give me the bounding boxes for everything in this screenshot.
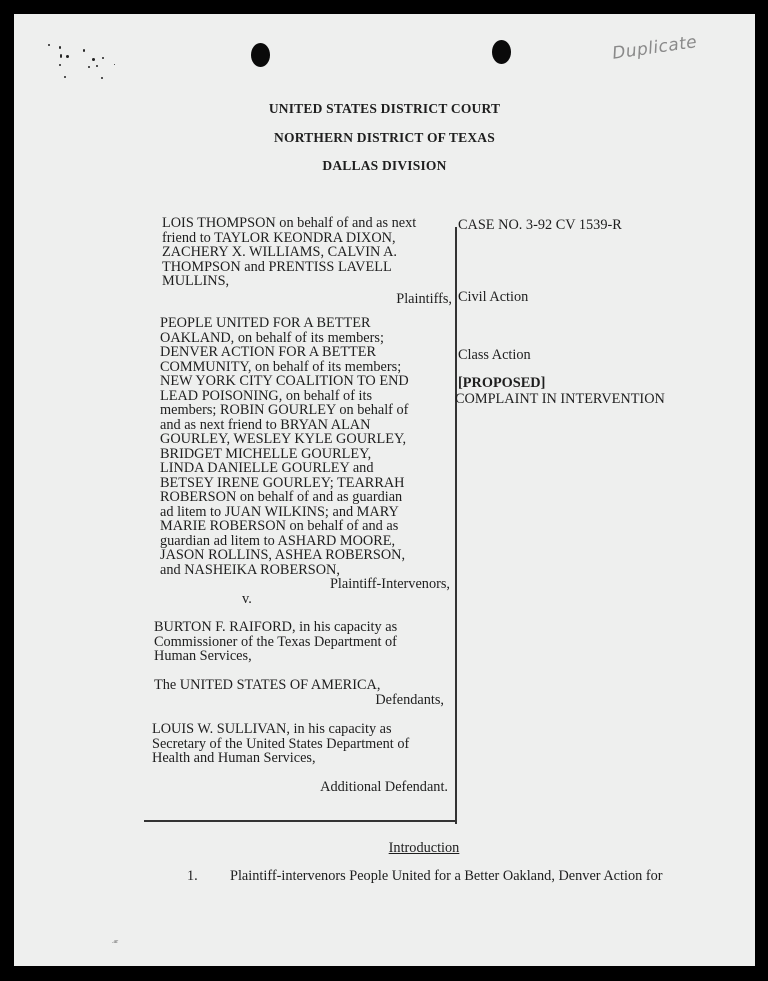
action-type: Civil Action	[458, 290, 528, 305]
intervenors-line: LINDA DANIELLE GOURLEY and	[160, 461, 450, 476]
intervenors-line: and NASHEIKA ROBERSON,	[160, 563, 450, 578]
punch-hole-left	[251, 43, 270, 67]
section-heading: Introduction	[14, 840, 768, 857]
court-district: NORTHERN DISTRICT OF TEXAS	[14, 130, 755, 146]
plaintiffs-line: friend to TAYLOR KEONDRA DIXON,	[162, 231, 452, 246]
defendant-usa-block: The UNITED STATES OF AMERICA, Defendants…	[154, 678, 444, 707]
defendant-line: Health and Human Services,	[152, 751, 448, 766]
intervenors-line: ROBERSON on behalf of and as guardian	[160, 490, 450, 505]
case-number: CASE NO. 3-92 CV 1539-R	[458, 218, 622, 233]
scan-artifact: .ar	[112, 939, 118, 945]
additional-defendant-role: Additional Defendant.	[152, 780, 448, 795]
defendant-line: BURTON F. RAIFORD, in his capacity as	[154, 620, 444, 635]
defendant-sullivan-block: LOUIS W. SULLIVAN, in his capacity as Se…	[152, 722, 448, 794]
document-page: Duplicate UNITED STATES DISTRICT COURT N…	[14, 14, 755, 966]
caption-divider-vertical	[455, 227, 457, 824]
defendants-role: Defendants,	[154, 693, 444, 708]
versus-label: v.	[160, 592, 450, 607]
intervenors-line: NEW YORK CITY COALITION TO END	[160, 374, 450, 389]
scan-specks	[44, 36, 124, 86]
intervenors-line: JASON ROLLINS, ASHEA ROBERSON,	[160, 548, 450, 563]
intervenors-line: MARIE ROBERSON on behalf of and as	[160, 519, 450, 534]
punch-hole-right	[492, 40, 511, 64]
intervenors-line: OAKLAND, on behalf of its members;	[160, 331, 450, 346]
plaintiffs-line: ZACHERY X. WILLIAMS, CALVIN A.	[162, 245, 452, 260]
intervenors-line: LEAD POISONING, on behalf of its	[160, 389, 450, 404]
intervenors-line: BETSEY IRENE GOURLEY; TEARRAH	[160, 476, 450, 491]
intervenors-line: guardian ad litem to ASHARD MOORE,	[160, 534, 450, 549]
intervenors-line: GOURLEY, WESLEY KYLE GOURLEY,	[160, 432, 450, 447]
document-status: [PROPOSED]	[458, 376, 545, 391]
defendant-line: Commissioner of the Texas Department of	[154, 635, 444, 650]
court-division: DALLAS DIVISION	[14, 158, 755, 174]
defendant-line: Secretary of the United States Departmen…	[152, 737, 448, 752]
defendant-line: Human Services,	[154, 649, 444, 664]
intervenors-line: COMMUNITY, on behalf of its members;	[160, 360, 450, 375]
caption-divider-horizontal	[144, 820, 456, 822]
plaintiffs-line: LOIS THOMPSON on behalf of and as next	[162, 216, 452, 231]
intervenors-block: PEOPLE UNITED FOR A BETTER OAKLAND, on b…	[160, 316, 450, 606]
court-name: UNITED STATES DISTRICT COURT	[14, 101, 755, 117]
intervenors-line: ad litem to JUAN WILKINS; and MARY	[160, 505, 450, 520]
intervenors-role: Plaintiff-Intervenors,	[160, 577, 450, 592]
intervenors-line: BRIDGET MICHELLE GOURLEY,	[160, 447, 450, 462]
plaintiffs-role: Plaintiffs,	[162, 292, 452, 307]
handwritten-note: Duplicate	[611, 32, 698, 64]
class-action-label: Class Action	[458, 348, 531, 363]
paragraph-text: Plaintiff-intervenors People United for …	[230, 868, 663, 885]
intervenors-line: members; ROBIN GOURLEY on behalf of	[160, 403, 450, 418]
defendant-raiford-block: BURTON F. RAIFORD, in his capacity as Co…	[154, 620, 444, 664]
defendant-line: LOUIS W. SULLIVAN, in his capacity as	[152, 722, 448, 737]
defendant-line: The UNITED STATES OF AMERICA,	[154, 678, 444, 693]
intervenors-line: and as next friend to BRYAN ALAN	[160, 418, 450, 433]
plaintiffs-line: THOMPSON and PRENTISS LAVELL	[162, 260, 452, 275]
paragraph-number: 1.	[187, 868, 198, 885]
plaintiffs-block: LOIS THOMPSON on behalf of and as next f…	[162, 216, 452, 306]
intervenors-line: PEOPLE UNITED FOR A BETTER	[160, 316, 450, 331]
intervenors-line: DENVER ACTION FOR A BETTER	[160, 345, 450, 360]
document-title: COMPLAINT IN INTERVENTION	[455, 392, 665, 407]
plaintiffs-line: MULLINS,	[162, 274, 452, 289]
